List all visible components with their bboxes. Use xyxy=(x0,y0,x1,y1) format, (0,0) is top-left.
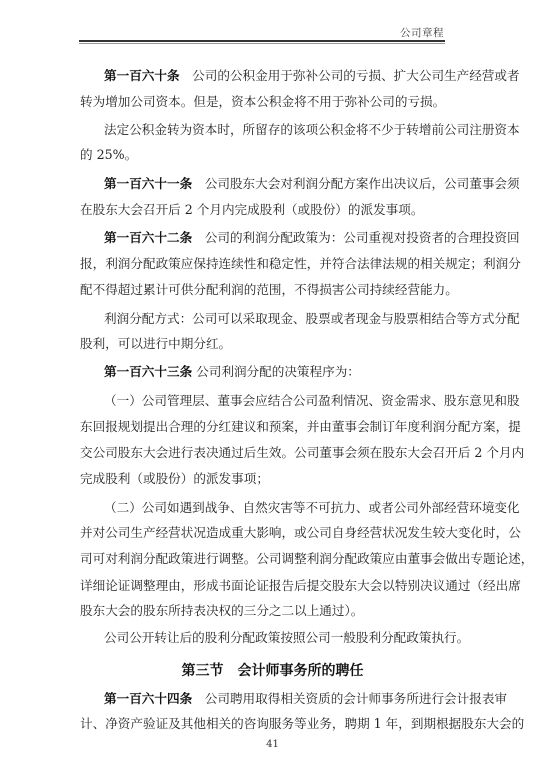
article-163-item2-line-2: 并对公司生产经营状况造成重大影响，或公司自身经营状况发生较大变化时，公 xyxy=(80,525,452,541)
article-163-item2-line-4: 详细论证调整理由，形成书面论证报告后提交股东大会以特别决议通过（经出席 xyxy=(80,578,452,594)
article-161-line-2: 在股东大会召开后 2 个月内完成股利（或股份）的派发事项。 xyxy=(80,202,452,218)
header-rule xyxy=(79,40,445,42)
article-label: 第一百六十一条 xyxy=(104,176,192,191)
article-160-line-2: 转为增加公司资本。但是，资本公积金将不用于弥补公司的亏损。 xyxy=(80,94,452,110)
article-160-para2-line-2: 的 25%。 xyxy=(80,147,452,163)
article-text: 公司的利润分配政策为：公司重视对投资者的合理投资回 xyxy=(205,230,520,245)
article-163-para3: 公司公开转让后的股利分配政策按照公司一般股利分配政策执行。 xyxy=(104,630,452,646)
article-163-item2-line-3: 司可对利润分配政策进行调整。公司调整利润分配政策应由董事会做出专题论述， xyxy=(80,551,452,567)
article-163-item2-line-5: 股东大会的股东所持表决权的三分之二以上通过）。 xyxy=(80,603,452,619)
document-page: 公司章程 第一百六十条 公司的公积金用于弥补公司的亏损、扩大公司生产经营或者 转… xyxy=(0,0,545,771)
article-163-item2-line-1: （二）公司如遇到战争、自然灾害等不可抗力、或者公司外部经营环境变化 xyxy=(104,500,452,516)
section-heading: 第三节 会计师事务所的聘任 xyxy=(0,660,545,680)
article-163-item1-line-4: 完成股利（或股份）的派发事项； xyxy=(80,471,452,487)
article-text: 公司利润分配的决策程序为： xyxy=(196,364,360,379)
article-160-para2-line-1: 法定公积金转为资本时，所留存的该项公积金将不少于转增前公司注册资本 xyxy=(104,122,452,138)
article-163-item1-line-3: 交公司股东大会进行表决通过后生效。公司董事会须在股东大会召开后 2 个月内 xyxy=(80,445,452,461)
article-164-line-2: 计、净资产验证及其他相关的咨询服务等业务，聘期 1 年，到期根据股东大会的 xyxy=(80,716,452,732)
article-label: 第一百六十条 xyxy=(104,68,180,83)
header-rule-thin xyxy=(79,43,445,44)
article-label: 第一百六十三条 xyxy=(104,364,192,379)
page-number: 41 xyxy=(0,739,545,750)
running-header: 公司章程 xyxy=(400,25,444,40)
article-text: 公司聘用取得相关资质的会计师事务所进行会计报表审 xyxy=(205,691,507,706)
article-160-line-1: 第一百六十条 公司的公积金用于弥补公司的亏损、扩大公司生产经营或者 xyxy=(104,68,452,84)
article-162-line-3: 配不得超过累计可供分配利润的范围，不得损害公司持续经营能力。 xyxy=(80,282,452,298)
article-162-para2-line-2: 股利，可以进行中期分红。 xyxy=(80,336,452,352)
article-163-line-1: 第一百六十三条 公司利润分配的决策程序为： xyxy=(104,364,452,380)
article-162-line-2: 报，利润分配政策应保持连续性和稳定性，并符合法律法规的相关规定；利润分 xyxy=(80,256,452,272)
article-label: 第一百六十四条 xyxy=(104,691,192,706)
article-163-item1-line-2: 东回报规划提出合理的分红建议和预案，并由董事会制订年度利润分配方案，提 xyxy=(80,419,452,435)
article-161-line-1: 第一百六十一条 公司股东大会对利润分配方案作出决议后，公司董事会须 xyxy=(104,176,452,192)
article-text: 公司股东大会对利润分配方案作出决议后，公司董事会须 xyxy=(205,176,520,191)
article-163-item1-line-1: （一）公司管理层、董事会应结合公司盈利情况、资金需求、股东意见和股 xyxy=(104,393,452,409)
article-162-para2-line-1: 利润分配方式：公司可以采取现金、股票或者现金与股票相结合等方式分配 xyxy=(104,311,452,327)
article-164-line-1: 第一百六十四条 公司聘用取得相关资质的会计师事务所进行会计报表审 xyxy=(104,691,452,707)
article-label: 第一百六十二条 xyxy=(104,230,192,245)
article-text: 公司的公积金用于弥补公司的亏损、扩大公司生产经营或者 xyxy=(192,68,519,83)
article-162-line-1: 第一百六十二条 公司的利润分配政策为：公司重视对投资者的合理投资回 xyxy=(104,230,452,246)
